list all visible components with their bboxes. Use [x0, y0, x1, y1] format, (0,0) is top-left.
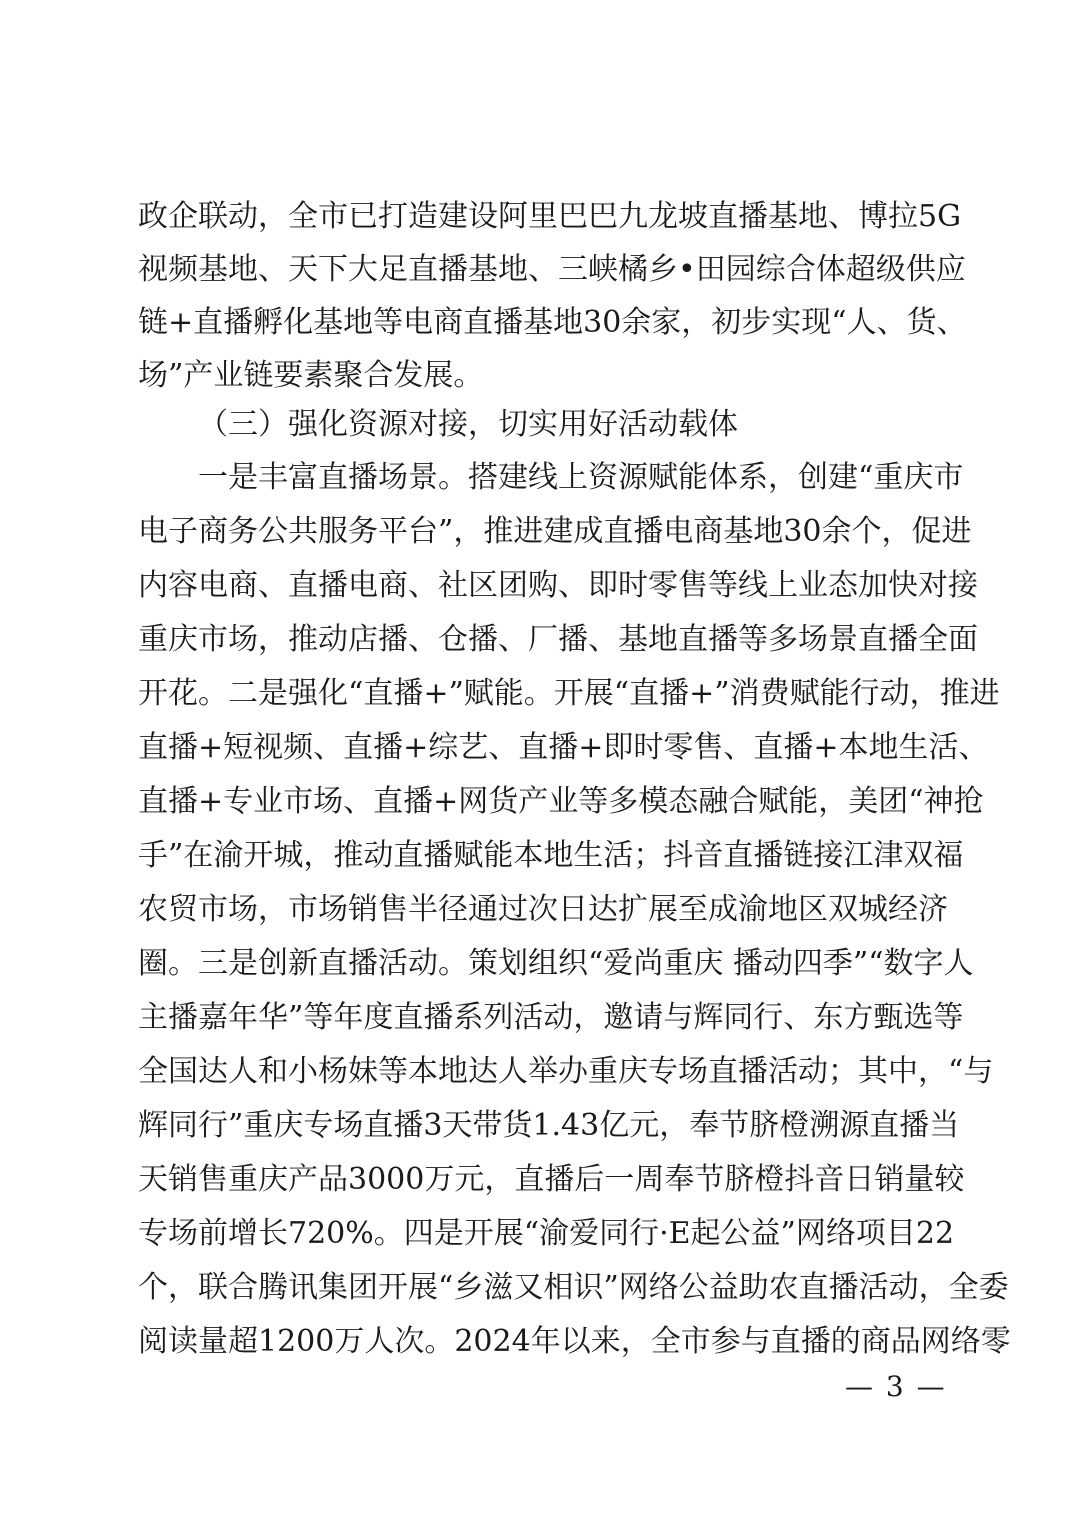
- text-line: 天销售重庆产品3000万元，直播后一周奉节脐橙抖音日销量较: [138, 1160, 940, 1200]
- text-line: 开花。二是强化“直播+”赋能。开展“直播+”消费赋能行动，推进: [138, 674, 940, 714]
- text-line: 圈。三是创新直播活动。策划组织“爱尚重庆 播动四季”“数字人: [138, 944, 940, 984]
- document-page: 政企联动，全市已打造建设阿里巴巴九龙坡直播基地、博拉5G 视频基地、天下大足直播…: [0, 0, 1074, 1520]
- text-line: 辉同行”重庆专场直播3天带货1.43亿元，奉节脐橙溯源直播当: [138, 1106, 940, 1146]
- text-line: 政企联动，全市已打造建设阿里巴巴九龙坡直播基地、博拉5G: [138, 197, 940, 237]
- text-line: 农贸市场，市场销售半径通过次日达扩展至成渝地区双城经济: [138, 890, 940, 930]
- text-line: 场”产业链要素聚合发展。: [138, 356, 940, 396]
- text-line: 重庆市场，推动店播、仓播、厂播、基地直播等多场景直播全面: [138, 620, 940, 660]
- text-line: 阅读量超1200万人次。2024年以来，全市参与直播的商品网络零: [138, 1322, 940, 1362]
- text-line: 内容电商、直播电商、社区团购、即时零售等线上业态加快对接: [138, 566, 940, 606]
- text-line: 链+直播孵化基地等电商直播基地30余家，初步实现“人、货、: [138, 303, 940, 343]
- text-line: 视频基地、天下大足直播基地、三峡橘乡•田园综合体超级供应: [138, 250, 940, 290]
- section-heading: （三）强化资源对接，切实用好活动载体: [198, 405, 738, 445]
- text-line: 一是丰富直播场景。搭建线上资源赋能体系，创建“重庆市: [198, 458, 940, 498]
- text-line: 主播嘉年华”等年度直播系列活动，邀请与辉同行、东方甄选等: [138, 998, 940, 1038]
- text-line: 电子商务公共服务平台”，推进建成直播电商基地30余个，促进: [138, 512, 940, 552]
- text-line: 个，联合腾讯集团开展“乡滋又相识”网络公益助农直播活动，全委: [138, 1268, 940, 1308]
- text-line: 专场前增长720%。四是开展“渝爱同行·E起公益”网络项目22: [138, 1214, 940, 1254]
- text-line: 直播+短视频、直播+综艺、直播+即时零售、直播+本地生活、: [138, 728, 940, 768]
- text-line: 手”在渝开城，推动直播赋能本地生活；抖音直播链接江津双福: [138, 836, 940, 876]
- text-line: 全国达人和小杨妹等本地达人举办重庆专场直播活动；其中，“与: [138, 1052, 940, 1092]
- page-number: — 3 —: [845, 1367, 947, 1407]
- text-line: 直播+专业市场、直播+网货产业等多模态融合赋能，美团“神抢: [138, 782, 940, 822]
